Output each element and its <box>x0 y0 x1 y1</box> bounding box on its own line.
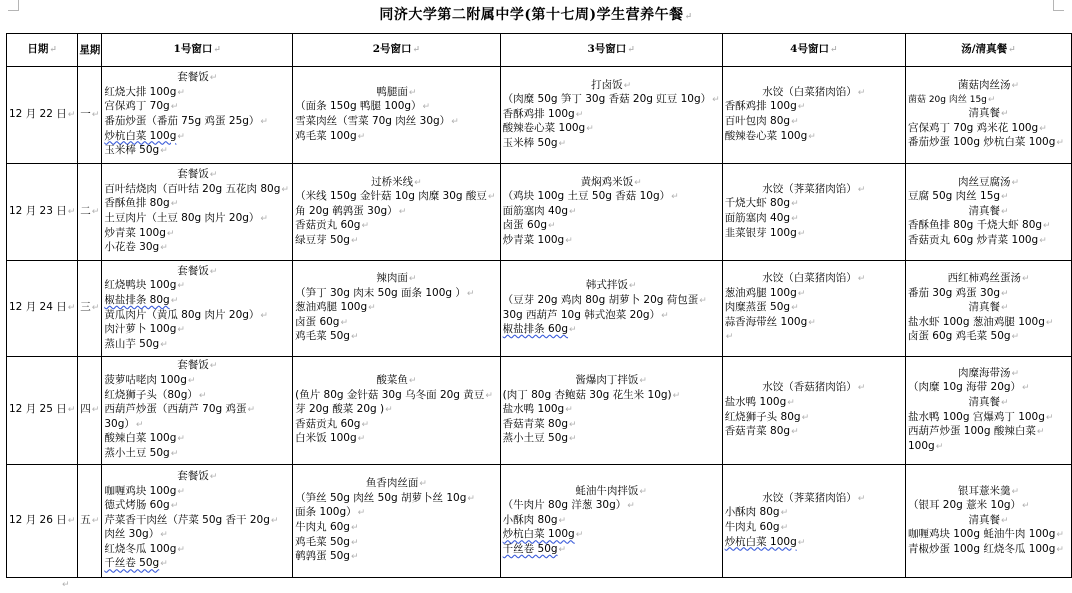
dish-item: 椒盐排条 60g↵ <box>503 323 720 338</box>
dish-item: 雪菜肉丝（雪菜 70g 肉丝 30g）↵ <box>295 115 498 130</box>
soup-halal-cell: 银耳薏米羹↵（银耳 20g 薏米 10g）↵清真餐↵咖喱鸡块 100g 蚝油牛肉… <box>905 465 1071 578</box>
dish-title: 水饺（白菜猪肉馅）↵ <box>725 272 903 287</box>
dish-item: 咖喱鸡块 100g↵ <box>104 485 290 500</box>
weekday-cell: 五↵ <box>78 465 102 578</box>
dish-item: （肉糜 50g 笋丁 30g 香菇 20g 豇豆 10g）↵ <box>503 93 720 108</box>
dish-item: 盐水鸭 100g↵ <box>503 403 720 418</box>
dish-item: 面筋塞肉 40g↵ <box>725 212 903 227</box>
dish-item: （面条 150g 鸭腿 100g）↵ <box>295 100 498 115</box>
dish-item: 香菇青菜 80g↵ <box>725 425 903 440</box>
paragraph-end-mark: ↵ <box>62 580 70 590</box>
dish-item: 清真餐↵ <box>908 301 1069 316</box>
dish-item: 盐水虾 100g 葱油鸡腿 100g↵ <box>908 316 1069 331</box>
dish-item: 蒸山芋 50g↵ <box>104 338 290 353</box>
window-3-cell: 打卤饭↵（肉糜 50g 笋丁 30g 香菇 20g 豇豆 10g）↵香酥鸡排 1… <box>500 67 722 164</box>
header-window-3: 3号窗口↵ <box>500 34 722 67</box>
dish-title: 套餐饭↵ <box>104 71 290 86</box>
dish-item: （笋丁 30g 肉末 50g 面条 100g ）↵ <box>295 287 498 302</box>
dish-item: 菌菇 20g 肉丝 15g↵ <box>908 94 1069 108</box>
window-3-cell: 酱爆肉丁拌饭↵(肉丁 80g 杏鲍菇 30g 花生米 10g)↵盐水鸭 100g… <box>500 357 722 465</box>
window-3-cell: 蚝油牛肉拌饭↵（牛肉片 80g 洋葱 30g）↵小酥肉 80g↵炒杭白菜 100… <box>500 465 722 578</box>
window-2-cell: 鸭腿面↵（面条 150g 鸭腿 100g）↵雪菜肉丝（雪菜 70g 肉丝 30g… <box>293 67 501 164</box>
header-date: 日期↵ <box>7 34 78 67</box>
dish-item: （笋丝 50g 肉丝 50g 胡萝卜丝 10g↵ <box>295 492 498 507</box>
table-row: 12 月 25 日↵四↵套餐饭↵菠萝咕咾肉 100g↵红烧狮子头（80g）↵西葫… <box>7 357 1072 465</box>
dish-item: 青椒炒蛋 100g 红烧冬瓜 100g↵ <box>908 543 1069 558</box>
date-cell: 12 月 26 日↵ <box>7 465 78 578</box>
dish-item: 清真餐↵ <box>908 107 1069 122</box>
header-row: 日期↵ 星期 1号窗口↵ 2号窗口↵ 3号窗口↵ 4号窗口↵ 汤/清真餐↵ <box>7 34 1072 67</box>
dish-item: 卤蛋 60g↵ <box>503 219 720 234</box>
dish-item: 炒青菜 100g↵ <box>503 234 720 249</box>
dish-item: 炒杭白菜 100g↵ <box>503 528 720 543</box>
window-2-cell: 酸菜鱼↵(鱼片 80g 金针菇 30g 乌冬面 20g 黄豆↵芽 20g 酸菜 … <box>293 357 501 465</box>
dish-item: 玉米棒 50g↵ <box>104 144 290 159</box>
window-2-cell: 鱼香肉丝面↵（笋丝 50g 肉丝 50g 胡萝卜丝 10g↵面条 100g）↵牛… <box>293 465 501 578</box>
dish-item: 葱油鸡腿 100g↵ <box>725 287 903 302</box>
dish-item: 炒青菜 100g↵ <box>104 227 290 242</box>
soup-halal-cell: 西红柿鸡丝蛋汤↵番茄 30g 鸡蛋 30g↵清真餐↵盐水虾 100g 葱油鸡腿 … <box>905 261 1071 357</box>
dish-item: 面筋塞肉 40g↵ <box>503 205 720 220</box>
dish-item: 盐水鸭 100g↵ <box>725 396 903 411</box>
header-weekday: 星期 <box>78 34 102 67</box>
dish-item: 红烧狮子头 80g↵ <box>725 411 903 426</box>
window-3-cell: 黄焖鸡米饭↵（鸡块 100g 土豆 50g 香菇 10g）↵面筋塞肉 40g↵卤… <box>500 164 722 261</box>
dish-item: （豆芽 20g 鸡肉 80g 胡萝卜 20g 荷包蛋↵ <box>503 294 720 309</box>
dish-item: 卤蛋 60g 鸡毛菜 50g↵ <box>908 330 1069 345</box>
dish-item: 红烧大排 100g↵ <box>104 86 290 101</box>
dish-item: 百叶包肉 80g↵ <box>725 115 903 130</box>
dish-title: 套餐饭↵ <box>104 359 290 374</box>
dish-title: 菌菇肉丝汤↵ <box>908 79 1069 94</box>
dish-item: 香酥鸡排 100g↵ <box>503 108 720 123</box>
dish-item: 鸡毛菜 50g↵ <box>295 536 498 551</box>
dish-item: 韭菜银芽 100g↵ <box>725 227 903 242</box>
dish-item: 香酥鸡排 100g↵ <box>725 100 903 115</box>
dish-item: 红烧鸭块 100g↵ <box>104 279 290 294</box>
dish-item: 30g）↵ <box>104 418 290 433</box>
dish-item: 鸡毛菜 50g↵ <box>295 330 498 345</box>
header-window-4: 4号窗口↵ <box>722 34 905 67</box>
dish-item: 小酥肉 80g↵ <box>725 506 903 521</box>
weekday-cell: 一↵ <box>78 67 102 164</box>
dish-item: 酸辣白菜 100g↵ <box>104 432 290 447</box>
dish-item: 炒杭白菜 100g↵ <box>104 130 290 145</box>
dish-title: 鸭腿面↵ <box>295 86 498 101</box>
dish-title: 套餐饭↵ <box>104 265 290 280</box>
dish-item: 红烧狮子头（80g）↵ <box>104 389 290 404</box>
dish-title: 酱爆肉丁拌饭↵ <box>503 374 720 389</box>
window-3-cell: 韩式拌饭↵（豆芽 20g 鸡肉 80g 胡萝卜 20g 荷包蛋↵30g 西葫芦 … <box>500 261 722 357</box>
table-row: 12 月 24 日↵三↵套餐饭↵红烧鸭块 100g↵椒盐排条 80g↵黄瓜肉片（… <box>7 261 1072 357</box>
dish-item: 百叶结烧肉（百叶结 20g 五花肉 80g↵ <box>104 183 290 198</box>
window-2-cell: 过桥米线↵（米线 150g 金针菇 10g 肉糜 30g 酸豆↵角 20g 鹌鹑… <box>293 164 501 261</box>
header-window-1: 1号窗口↵ <box>102 34 293 67</box>
paragraph-mark: ↵ <box>685 12 693 22</box>
dish-item: 炒杭白菜 100g↵ <box>725 536 903 551</box>
dish-item: 宫保鸡丁 70g↵ <box>104 100 290 115</box>
dish-item: 香菇贡丸 60g↵ <box>295 418 498 433</box>
dish-item: （米线 150g 金针菇 10g 肉糜 30g 酸豆↵ <box>295 190 498 205</box>
dish-item: 葱油鸡腿 100g↵ <box>295 301 498 316</box>
table-row: 12 月 26 日↵五↵套餐饭↵咖喱鸡块 100g↵德式烤肠 60g↵芹菜香干肉… <box>7 465 1072 578</box>
dish-item: 咖喱鸡块 100g 蚝油牛肉 100g↵ <box>908 528 1069 543</box>
dish-item: 香酥鱼排 80g↵ <box>104 197 290 212</box>
dish-title: 水饺（荠菜猪肉馅）↵ <box>725 183 903 198</box>
dish-item: 30g 西葫芦 10g 韩式泡菜 20g）↵ <box>503 309 720 324</box>
date-cell: 12 月 25 日↵ <box>7 357 78 465</box>
dish-title: 鱼香肉丝面↵ <box>295 477 498 492</box>
window-4-cell: 水饺（香菇猪肉馅）↵盐水鸭 100g↵红烧狮子头 80g↵香菇青菜 80g↵ <box>722 357 905 465</box>
dish-item: 牛肉丸 60g↵ <box>295 521 498 536</box>
weekday-cell: 三↵ <box>78 261 102 357</box>
dish-item: 千烧大虾 80g↵ <box>725 197 903 212</box>
table-row: 12 月 23 日↵二↵套餐饭↵百叶结烧肉（百叶结 20g 五花肉 80g↵香酥… <box>7 164 1072 261</box>
weekday-cell: 二↵ <box>78 164 102 261</box>
window-4-cell: 水饺（荠菜猪肉馅）↵千烧大虾 80g↵面筋塞肉 40g↵韭菜银芽 100g↵ <box>722 164 905 261</box>
dish-title: 蚝油牛肉拌饭↵ <box>503 485 720 500</box>
dish-title: 西红柿鸡丝蛋汤↵ <box>908 272 1069 287</box>
dish-item: 白米饭 100g↵ <box>295 432 498 447</box>
dish-title: 水饺（荠菜猪肉馅）↵ <box>725 492 903 507</box>
weekday-cell: 四↵ <box>78 357 102 465</box>
dish-item: 肉丝 30g）↵ <box>104 528 290 543</box>
dish-item: 蒸小土豆 50g↵ <box>104 447 290 462</box>
dish-item: 香菇贡丸 60g↵ <box>295 219 498 234</box>
lunch-menu-table: 日期↵ 星期 1号窗口↵ 2号窗口↵ 3号窗口↵ 4号窗口↵ 汤/清真餐↵ 12… <box>6 33 1072 578</box>
dish-item: 肉糜蒸蛋 50g↵ <box>725 301 903 316</box>
dish-title: 水饺（香菇猪肉馅）↵ <box>725 381 903 396</box>
dish-title: 黄焖鸡米饭↵ <box>503 176 720 191</box>
window-1-cell: 套餐饭↵红烧鸭块 100g↵椒盐排条 80g↵黄瓜肉片（黄瓜 80g 肉片 20… <box>102 261 293 357</box>
dish-item: 番茄炒蛋（番茄 75g 鸡蛋 25g）↵ <box>104 115 290 130</box>
soup-halal-cell: 肉糜海带汤↵（肉糜 10g 海带 20g）↵清真餐↵盐水鸭 100g 宫爆鸡丁 … <box>905 357 1071 465</box>
dish-item: 香菇青菜 80g↵ <box>503 418 720 433</box>
dish-item: 清真餐↵ <box>908 396 1069 411</box>
dish-item: 清真餐↵ <box>908 514 1069 529</box>
dish-item: （牛肉片 80g 洋葱 30g）↵ <box>503 499 720 514</box>
table-row: 12 月 22 日↵一↵套餐饭↵红烧大排 100g↵宫保鸡丁 70g↵番茄炒蛋（… <box>7 67 1072 164</box>
date-cell: 12 月 24 日↵ <box>7 261 78 357</box>
window-4-cell: 水饺（荠菜猪肉馅）↵小酥肉 80g↵牛肉丸 60g↵炒杭白菜 100g↵ <box>722 465 905 578</box>
dish-title: 辣肉面↵ <box>295 272 498 287</box>
soup-halal-cell: 肉丝豆腐汤↵豆腐 50g 肉丝 15g↵清真餐↵香酥鱼排 80g 千烧大虾 80… <box>905 164 1071 261</box>
dish-item: 牛肉丸 60g↵ <box>725 521 903 536</box>
dish-item: 蒸小土豆 50g↵ <box>503 432 720 447</box>
dish-item: 鹌鹑蛋 50g↵ <box>295 550 498 565</box>
dish-item: (肉丁 80g 杏鲍菇 30g 花生米 10g)↵ <box>503 389 720 404</box>
dish-item: 宫保鸡丁 70g 鸡米花 100g↵ <box>908 122 1069 137</box>
dish-item: 番茄 30g 鸡蛋 30g↵ <box>908 287 1069 302</box>
dish-item: 番茄炒蛋 100g 炒杭白菜 100g↵ <box>908 136 1069 151</box>
dish-item: (鱼片 80g 金针菇 30g 乌冬面 20g 黄豆↵ <box>295 389 498 404</box>
window-1-cell: 套餐饭↵红烧大排 100g↵宫保鸡丁 70g↵番茄炒蛋（番茄 75g 鸡蛋 25… <box>102 67 293 164</box>
dish-item: 黄瓜肉片（黄瓜 80g 肉片 20g）↵ <box>104 309 290 324</box>
dish-item: 100g↵ <box>908 440 1069 455</box>
window-1-cell: 套餐饭↵百叶结烧肉（百叶结 20g 五花肉 80g↵香酥鱼排 80g↵土豆肉片（… <box>102 164 293 261</box>
soup-halal-cell: 菌菇肉丝汤↵菌菇 20g 肉丝 15g↵清真餐↵宫保鸡丁 70g 鸡米花 100… <box>905 67 1071 164</box>
dish-item: 千丝卷 50g↵ <box>104 557 290 572</box>
dish-title: 韩式拌饭↵ <box>503 279 720 294</box>
dish-title: 套餐饭↵ <box>104 470 290 485</box>
dish-item: 西葫芦炒蛋 100g 酸辣白菜↵ <box>908 425 1069 440</box>
dish-item: 小酥肉 80g↵ <box>503 514 720 529</box>
window-2-cell: 辣肉面↵（笋丁 30g 肉末 50g 面条 100g ）↵葱油鸡腿 100g↵卤… <box>293 261 501 357</box>
dish-item: 面条 100g）↵ <box>295 506 498 521</box>
dish-item: （银耳 20g 薏米 10g）↵ <box>908 499 1069 514</box>
dish-item: （肉糜 10g 海带 20g）↵ <box>908 381 1069 396</box>
dish-item: 清真餐↵ <box>908 205 1069 220</box>
dish-item: 芽 20g 酸菜 20g )↵ <box>295 403 498 418</box>
dish-item: 玉米棒 50g↵ <box>503 137 720 152</box>
menu-body: 12 月 22 日↵一↵套餐饭↵红烧大排 100g↵宫保鸡丁 70g↵番茄炒蛋（… <box>7 67 1072 578</box>
dish-item: （鸡块 100g 土豆 50g 香菇 10g）↵ <box>503 190 720 205</box>
dish-item: 芹菜香干肉丝（芹菜 50g 香干 20g↵ <box>104 514 290 529</box>
header-window-2: 2号窗口↵ <box>293 34 501 67</box>
window-1-cell: 套餐饭↵菠萝咕咾肉 100g↵红烧狮子头（80g）↵西葫芦炒蛋（西葫芦 70g … <box>102 357 293 465</box>
window-1-cell: 套餐饭↵咖喱鸡块 100g↵德式烤肠 60g↵芹菜香干肉丝（芹菜 50g 香干 … <box>102 465 293 578</box>
dish-item: 酸辣卷心菜 100g↵ <box>503 122 720 137</box>
dish-item: 红烧冬瓜 100g↵ <box>104 543 290 558</box>
dish-title: 肉糜海带汤↵ <box>908 367 1069 382</box>
dish-item: 豆腐 50g 肉丝 15g↵ <box>908 190 1069 205</box>
dish-item: 小花卷 30g↵ <box>104 241 290 256</box>
dish-title: 过桥米线↵ <box>295 176 498 191</box>
dish-item: 香菇贡丸 60g 炒青菜 100g↵ <box>908 234 1069 249</box>
dish-item: 西葫芦炒蛋（西葫芦 70g 鸡蛋↵ <box>104 403 290 418</box>
dish-title: 打卤饭↵ <box>503 79 720 94</box>
date-cell: 12 月 23 日↵ <box>7 164 78 261</box>
dish-title: 套餐饭↵ <box>104 168 290 183</box>
dish-item: 椒盐排条 80g↵ <box>104 294 290 309</box>
dish-item: 菠萝咕咾肉 100g↵ <box>104 374 290 389</box>
dish-item: 香酥鱼排 80g 千烧大虾 80g↵ <box>908 219 1069 234</box>
dish-item: 绿豆芽 50g↵ <box>295 234 498 249</box>
dish-item: 千丝卷 50g↵ <box>503 543 720 558</box>
window-4-cell: 水饺（白菜猪肉馅）↵葱油鸡腿 100g↵肉糜蒸蛋 50g↵蒜香海带丝 100g↵… <box>722 261 905 357</box>
header-soup-halal: 汤/清真餐↵ <box>905 34 1071 67</box>
dish-item: 土豆肉片（土豆 80g 肉片 20g）↵ <box>104 212 290 227</box>
dish-item: 蒜香海带丝 100g↵ <box>725 316 903 331</box>
dish-item: 酸辣卷心菜 100g↵ <box>725 130 903 145</box>
dish-item: 肉汁萝卜 100g↵ <box>104 323 290 338</box>
dish-item: 鸡毛菜 100g↵ <box>295 130 498 145</box>
dish-title: 银耳薏米羹↵ <box>908 485 1069 500</box>
window-4-cell: 水饺（白菜猪肉馅）↵香酥鸡排 100g↵百叶包肉 80g↵酸辣卷心菜 100g↵ <box>722 67 905 164</box>
document-title: 同济大学第二附属中学(第十七周)学生营养午餐↵ <box>0 4 1072 24</box>
dish-item: 德式烤肠 60g↵ <box>104 499 290 514</box>
date-cell: 12 月 22 日↵ <box>7 67 78 164</box>
dish-item: 卤蛋 60g↵ <box>295 316 498 331</box>
dish-item: ↵ <box>725 330 903 345</box>
dish-title: 酸菜鱼↵ <box>295 374 498 389</box>
dish-item: 角 20g 鹌鹑蛋 30g）↵ <box>295 205 498 220</box>
dish-item: 盐水鸭 100g 宫爆鸡丁 100g↵ <box>908 411 1069 426</box>
dish-title: 水饺（白菜猪肉馅）↵ <box>725 86 903 101</box>
title-text: 同济大学第二附属中学(第十七周)学生营养午餐 <box>379 7 683 23</box>
dish-title: 肉丝豆腐汤↵ <box>908 176 1069 191</box>
